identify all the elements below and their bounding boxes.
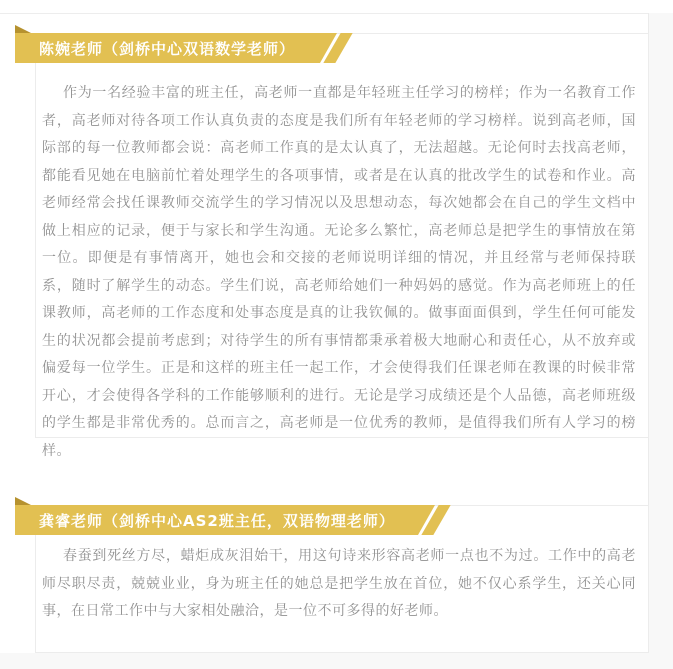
section-ribbon-chenwan: 陈婉老师（剑桥中心双语数学老师） (15, 33, 337, 63)
ribbon-band: 陈婉老师（剑桥中心双语数学老师） (15, 33, 337, 63)
testimonial-paragraph: 作为一名经验丰富的班主任，高老师一直都是年轻班主任学习的榜样；作为一名教育工作者… (36, 34, 648, 465)
section-title: 龚睿老师（剑桥中心AS2班主任，双语物理老师） (15, 510, 395, 531)
page-background-right (649, 13, 673, 669)
section-title: 陈婉老师（剑桥中心双语数学老师） (15, 38, 295, 59)
section-ribbon-gongrui: 龚睿老师（剑桥中心AS2班主任，双语物理老师） (15, 505, 435, 535)
ribbon-band: 龚睿老师（剑桥中心AS2班主任，双语物理老师） (15, 505, 435, 535)
article-page: 作为一名经验丰富的班主任，高老师一直都是年轻班主任学习的榜样；作为一名教育工作者… (0, 0, 673, 669)
ribbon-fold-corner (15, 25, 31, 33)
top-divider-line (0, 13, 673, 14)
page-background-bottom (0, 653, 673, 669)
testimonial-box-chenwan: 作为一名经验丰富的班主任，高老师一直都是年轻班主任学习的榜样；作为一名教育工作者… (35, 33, 649, 438)
ribbon-fold-corner (15, 497, 31, 505)
